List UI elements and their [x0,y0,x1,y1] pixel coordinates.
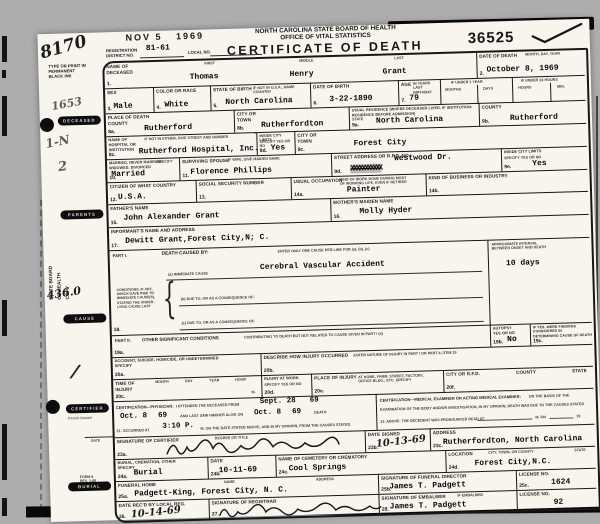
margin-pencil-note-2: 1-N [44,132,71,151]
field-label: ADDRESS [433,430,456,436]
tab-certifier: CERTIFIER [66,403,109,413]
city-rfd-label: CITY OR R.F.D. [446,371,480,378]
occurred-at-label: 21. OCCURRED AT [116,428,149,433]
field-label: LOCATION [448,451,473,457]
basis-label: ON THE BASIS OF THE [529,393,570,399]
autopsy-value: No [507,335,517,344]
occupation-value: Painter [347,185,381,195]
field-date-signed: DATE SIGNED 23b. 10-13-69 [365,428,431,452]
informant-value: Dewitt Grant,Forest City,N; C. [125,233,269,246]
field-label: INSIDE CITY LIMITS [504,149,542,155]
field-sublabel: SPECIFY YES OR NO [264,382,301,387]
deceased-middle-name: Henry [290,69,314,79]
field-number: 24a. [118,474,128,480]
field-number: 9d. [334,169,341,175]
field-label: SOCIAL SECURITY NUMBER [199,180,264,188]
field-number: 14a. [294,192,304,198]
field-label: CITY OR TOWN [237,111,257,123]
field-label: INJURY AT WORK [264,376,299,382]
time-of-death-value: 3:10 P. [162,422,194,431]
field-number: 25a. [118,494,128,500]
blank-line [549,413,573,419]
burial-location-value: Forest City,N.C. [474,457,551,468]
field-label: NAME OF HOSPITAL OR INSTITUTION [108,137,136,152]
field-label: MOTHER'S MAIDEN NAME [333,198,393,205]
state-sublabel: STATE [352,117,364,122]
field-label: FATHER'S NAME [110,205,148,212]
marital-status-value: Married [111,169,145,179]
field-label: LICENSE NO. [519,471,550,478]
type-or-print-note: TYPE OR PRINT IN PERMANENT BLACK INK [48,63,100,79]
date-of-birth-value: 3-22-1890 [329,94,372,104]
director-license-value: 1624 [551,477,570,487]
blank-line [477,415,532,422]
race-value: White [164,100,188,110]
surviving-spouse-value: Florence Phillips [190,166,272,177]
death-label: DEATH [314,410,327,415]
field-number: 26. [119,514,126,520]
field-label: COLOR OR RACE [156,88,197,95]
pronounced-dead-label: 22. ABOVE. THE DECEDENT WAS PRONOUNCED D… [380,417,484,424]
field-number: 18. [114,327,121,333]
divider [477,85,479,104]
attended-to-date: Oct. 8 [120,412,147,421]
field-date-of-birth: DATE OF BIRTH 6. 3-22-1890 [310,80,399,107]
field-color-or-race: COLOR OR RACE 4. White [153,85,211,112]
margin-date-label: DATE [91,439,101,443]
field-number: 8b. [237,125,244,131]
sex-value: Male [113,102,132,112]
m-on-label: M. ON [535,415,546,420]
state-sublabel: STATE [574,448,586,453]
handwritten-file-number: 8170 [38,31,89,63]
field-age: AGE IN YEARS LAST BIRTHDAY 7. 79 [398,79,441,105]
father-name-value: John Alexander Grant [123,211,219,223]
deceased-last-name: Grant [382,67,406,77]
field-number: 20e. [314,388,324,394]
residence-state-value: North Carolina [376,115,443,126]
field-number: 9e. [504,164,511,170]
certificate-number: 36525 [467,29,514,47]
attended-from-date: Sept. 28 [260,397,296,406]
field-label: IF YES, WERE FINDINGS CONSIDERED IN DETE… [533,324,592,339]
certificate-form: DECEASED PARENTS CAUSE CERTIFIER BURIAL … [102,48,600,523]
place-of-death-county-value: Rutherford [144,123,192,133]
hours-label: HOURS [518,85,531,90]
name-sublabel: NAME [224,480,235,485]
field-number: 14b. [429,188,439,194]
county-label: COUNTY [516,369,536,375]
field-label: USUAL OCCUPATION [294,178,343,185]
field-sex: SEX 3. Male [105,87,154,113]
attended-from-label: I ATTENDED THE DECEASED FROM [176,402,240,408]
field-state-of-birth: STATE OF BIRTH IF NOT IN U.S.A., NAME CO… [210,83,311,111]
inside-city-limits-value: Yes [271,143,286,152]
field-label: INFORMANT'S NAME AND ADDRESS [111,227,195,235]
embalmer-license-value: 92 [554,498,564,507]
field-burial-cremation: BURIAL, CREMATION, OTHER SPECIFY 24a. Bu… [115,457,208,482]
part1-label: PART I. [113,253,128,258]
field-number: 9a. [352,122,359,128]
field-number: 23c. [433,443,443,449]
field-residence-county: COUNTY 9b. Rutherford [479,100,587,126]
margin-pencil-note-3: 2 [57,159,68,175]
interval-column-divider [487,241,490,326]
field-sublabel: IF WIFE, GIVE MAIDEN NAME [228,156,280,162]
field-sublabel: ENTER NATURE OF INJURY IN PART I OR PART… [353,350,456,357]
state-of-birth-value: North Carolina [225,96,292,107]
field-sublabel: MONTH, DAY, YEAR [525,52,560,57]
field-ssn: SOCIAL SECURITY NUMBER 13. [196,177,292,202]
film-perforation-line [40,200,42,510]
registration-district-label: REGISTRATION DISTRICT NO. [106,48,138,59]
interval-header: APPROXIMATE INTERVAL BETWEEN ONSET AND D… [491,241,546,251]
last-saw-alive-date: Oct. 8 [254,409,281,418]
film-edge-mark [2,36,7,62]
field-number: 3. [107,106,111,112]
field-label: AGE [401,82,411,88]
divider [550,83,552,102]
margin-slash-mark: / [70,361,80,383]
field-label: CITY OR TOWN [297,132,317,144]
film-edge-mark [2,96,7,136]
field-number: 2. [480,71,484,77]
field-number: 20c. [115,394,125,400]
field-number: 25c. [519,483,529,489]
field-number: 9c. [298,147,305,153]
field-number: 6. [313,100,317,106]
field-label: PLACE OF INJURY [314,374,357,381]
year-col: YEAR [209,378,219,383]
field-label: ACCIDENT, SUICIDE, HOMICIDE, OR UNDETERM… [115,356,219,369]
field-label: STATE OF BIRTH [213,86,252,93]
field-number: 4. [156,105,160,111]
citizenship-value: U.S.A. [118,192,147,202]
residence-city-value: Forest City [353,138,406,148]
field-number: 11. [182,173,189,179]
field-director-license: LICENSE NO. 25c. 1624 [516,468,597,490]
age-value: 79 [409,94,419,103]
field-number: 20d. [264,390,274,396]
field-number: 15. [111,220,118,226]
address-sublabel: ADDRESS [316,477,334,482]
date-of-death-value: October 8, 1969 [486,64,558,75]
last-saw-alive-year: 69 [292,408,301,416]
field-label: KIND OF BUSINESS OR INDUSTRY [429,173,508,181]
residence-county-value: Rutherford [510,113,558,123]
field-number: 23a. [117,452,127,458]
film-edge-mark [2,300,7,336]
field-label: COUNTY [482,104,502,110]
due-to-c-label: (c) DUE TO, OR AS A CONSEQUENCE OF: [181,319,255,325]
field-number: 1. [107,81,111,87]
examination-label: EXAMINATION OF THE BODY AND/OR INVESTIGA… [380,402,590,412]
burial-date-value: 10-11-69 [219,465,258,475]
mother-name-value: Molly Hyder [359,206,412,216]
field-label: DESCRIBE HOW INJURY OCCURRED [263,353,348,361]
field-label: SURVIVING SPOUSE [182,158,229,165]
months-label: MONTHS [445,87,461,92]
tab-cause: CAUSE [63,313,106,323]
tab-burial: BURIAL [68,481,111,491]
cause-line-a [166,271,482,281]
field-label: FUNERAL HOME [118,482,156,489]
column-header-first: FIRST [204,61,215,66]
immediate-cause-value: Cerebral Vascular Accident [260,260,385,272]
field-place-of-death-city: CITY OR TOWN 8b. Rutherfordton [234,107,350,133]
received-date-stamp: NOV 5 1969 [125,31,204,43]
part2-note: CONTRIBUTING TO DEATH BUT NOT RELATED TO… [244,331,383,339]
tab-deceased: DECEASED [58,115,101,125]
field-number: 7. [401,98,405,104]
field-registrar-signature: SIGNATURE OF REGISTRAR 27. [208,494,378,519]
minutes-label: MIN. [557,84,565,89]
place-of-death-city-value: Rutherfordton [261,119,324,130]
field-number: 20b. [264,368,274,374]
certification-heading: CERTIFICATION—PHYSICIAN: [116,404,174,411]
hole-punch [46,400,60,414]
field-number: 16. [334,214,341,220]
tab-parents: PARENTS [60,209,103,219]
field-number: 17. [111,243,118,249]
registrar-signature-scrawl [218,499,383,520]
field-findings-considered: IF YES, WERE FINDINGS CONSIDERED IN DETE… [530,322,593,346]
attended-from-year: 69 [310,396,319,404]
hour-col: HOUR [235,378,246,383]
registration-district-value: 81-61 [146,43,170,53]
city-town-county-sublabel: CITY, TOWN, OR COUNTY [488,449,534,455]
margin-pencil-note-1: 1653 [50,95,82,113]
field-date-received: DATE REC'D BY LOCAL REG. 26. 10-14-69 [116,499,209,522]
field-embalmer-signature: SIGNATURE OF EMBALMER IF EMBALMED 28. Ja… [378,490,517,514]
attended-to-year: 69 [158,412,167,420]
column-header-middle: MIDDLE [299,58,313,63]
street-address-value: Westwood Dr. [394,153,452,164]
death-caused-by-label: DEATH CAUSED BY: [162,250,209,256]
embalmer-value: James T. Padgett [390,500,467,511]
field-burial-date: DATE 24b. 10-11-69 [207,455,276,479]
part2-label: PART II. [115,338,131,343]
field-label: DATE [210,458,223,464]
burial-value: Burial [134,468,163,478]
field-sublabel: SPECIFY [157,159,173,164]
if-embalmed-sublabel: IF EMBALMED [457,493,483,498]
field-number: 19b. [493,339,503,345]
field-injury-at-work: INJURY AT WORK SPECIFY YES OR NO 20d. [261,374,312,397]
deceased-first-name: Thomas [190,72,219,82]
field-date-of-death: DATE OF DEATH MONTH, DAY, YEAR 2. Octobe… [476,50,585,78]
field-label: DATE OF DEATH [479,53,517,60]
group-label: IF UNDER 24 HOURS [521,78,558,83]
field-label: SEX [107,90,117,96]
inside-city-limits-value: Yes [532,159,547,168]
part2-heading: OTHER SIGNIFICANT CONDITIONS [142,335,219,342]
field-number: 8a. [108,129,115,135]
brace-glyph: { [162,277,177,319]
field-label: TIME OF INJURY [115,381,135,393]
field-number: 20f. [446,385,455,391]
year-19-label: 19 [576,414,580,419]
field-sublabel: IF NOT IN EITHER, GIVE STREET AND NUMBER [144,135,228,142]
state-label: STATE [572,368,587,374]
field-label: NAME OF CEMETERY OR CREMATORY [278,454,367,462]
funeral-director-value: James T. Padgett [389,480,466,491]
field-number: 20a. [115,372,125,378]
field-if-under-1-year: IF UNDER 1 YEAR MONTHS DAYS [440,77,513,104]
field-number: 8c. [109,152,116,158]
cemetery-value: Cool Springs [289,463,347,474]
field-embalmer-license: LICENSE NO. 92 [516,488,597,510]
conditions-note: CONDITIONS, IF ANY, WHICH GAVE RISE TO I… [117,287,156,309]
month-col: MONTH [155,380,169,385]
day-col: DAY [185,379,193,384]
column-header-last: LAST [394,56,404,61]
days-label: DAYS [483,86,493,91]
field-number: 24d. [449,465,459,471]
field-label: DATE OF BIRTH [313,84,350,91]
film-edge-mark [2,498,7,516]
film-edge-mark [2,424,7,480]
field-marital-status: MARRIED, NEVER MARRIED, WIDOWED, DIVORCE… [107,157,180,182]
scanned-death-certificate: NOV 5 1969 8170 REGISTRATION DISTRICT NO… [0,0,600,524]
obliterated-text: XXXXXXXXXXX [350,164,381,174]
field-label: NAME OF DECEASED [106,64,133,76]
blank-line [140,56,184,58]
field-inside-city-limits-death: INSIDE CITY LIMITS SPECIFY YES OR NO 8d.… [256,131,295,155]
field-number: 12. [110,197,117,203]
field-number: 24c. [279,469,289,475]
film-edge-mark [2,70,6,78]
field-sublabel: IF NOT IN U.S.A., NAME COUNTRY [253,85,295,95]
due-to-b-label: (b) DUE TO, OR AS A CONSEQUENCE OF: [181,295,255,301]
tab-permit-note: Permit Issued [68,416,92,421]
interval-value: 10 days [506,258,540,268]
examiner-heading: CERTIFICATION—MEDICAL EXAMINER OR ACTING… [380,394,521,403]
section-part1-cause-of-death: PART I. DEATH CAUSED BY: ENTER ONLY ONE … [109,237,591,335]
field-citizen-of: CITIZEN OF WHAT COUNTRY 12. U.S.A. [108,180,197,204]
field-number: 8d. [260,148,267,154]
hole-punch [40,118,54,132]
field-inside-city-limits-residence: INSIDE CITY LIMITS SPECIFY YES OR NO 9e.… [501,146,588,171]
field-number: 9b. [482,119,489,125]
field-number: 5. [213,103,217,109]
field-autopsy: AUTOPSY YES OR NO 19b. No [490,324,531,347]
last-saw-alive-label: AND LAST SAW HIM/HER ALIVE ON [180,413,243,419]
field-if-under-24-hours: IF UNDER 24 HOURS HOURS MIN. [512,75,586,102]
certifier-address-value: Rutherfordton, North Carolina [443,434,582,447]
field-label: CITIZEN OF WHAT COUNTRY [110,182,176,190]
meridian-label: M. [251,390,255,395]
field-number: 19c. [533,338,543,344]
one-cause-note: ENTER ONLY ONE CAUSE PER LINE FOR (a), (… [278,247,370,254]
field-number: 19a. [114,350,124,356]
field-number: 13. [199,195,206,201]
certificate-sheet: NOV 5 1969 8170 REGISTRATION DISTRICT NO… [37,19,600,522]
field-certification-medical-examiner: CERTIFICATION—MEDICAL EXAMINER OR ACTING… [376,388,595,430]
handwritten-checkmark [529,22,585,46]
field-sublabel: AT HOME, FARM, STREET, FACTORY, OFFICE B… [358,373,424,384]
field-label: LICENSE NO. [519,491,550,498]
